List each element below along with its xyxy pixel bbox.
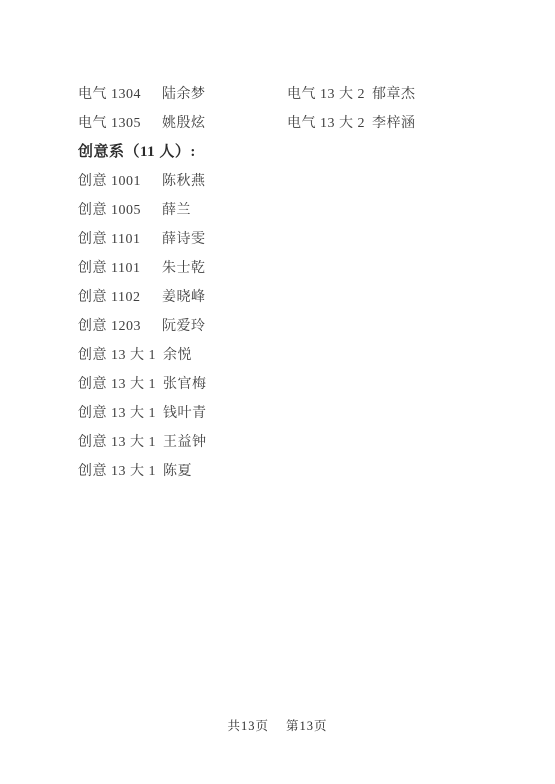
- student-name: 李梓涵: [372, 112, 416, 132]
- roster-row: 创意 13 大 1 张官梅: [78, 368, 518, 397]
- roster-entry: 电气 1305 姚殷炫: [78, 112, 287, 132]
- class-code: 创意 13 大 1: [78, 460, 156, 480]
- class-code: 电气 1305: [78, 112, 162, 132]
- roster-row: 创意 1203 阮爱玲: [78, 310, 518, 339]
- roster-entry: 电气 1304 陆余梦: [78, 83, 287, 103]
- class-code: 创意 1005: [78, 199, 162, 219]
- student-name: 王益钟: [163, 431, 207, 451]
- class-code: 创意 1203: [78, 315, 162, 335]
- roster-row: 创意 1005 薛兰: [78, 194, 518, 223]
- class-code: 创意 13 大 1: [78, 344, 156, 364]
- class-code: 创意 1101: [78, 228, 162, 248]
- roster-row: 创意 1101 薛诗雯: [78, 223, 518, 252]
- roster-row: 创意 13 大 1 余悦: [78, 339, 518, 368]
- class-code: 电气 1304: [78, 83, 162, 103]
- roster-row: 创意 1001 陈秋燕: [78, 165, 518, 194]
- class-code: 创意 13 大 1: [78, 373, 156, 393]
- student-name: 张官梅: [163, 373, 207, 393]
- class-code: 创意 1101: [78, 257, 162, 277]
- footer-current-page: 第13页: [286, 716, 328, 734]
- document-page-content: 电气 1304 陆余梦 电气 13 大 2 郁章杰 电气 1305 姚殷炫 电气…: [78, 78, 518, 484]
- student-name: 朱士乾: [162, 257, 206, 277]
- student-name: 姚殷炫: [162, 112, 206, 132]
- roster-entry: 电气 13 大 2 郁章杰: [287, 83, 416, 103]
- student-name: 陆余梦: [162, 83, 206, 103]
- student-name: 阮爱玲: [162, 315, 206, 335]
- student-name: 薛兰: [162, 199, 191, 219]
- class-code: 创意 1102: [78, 286, 162, 306]
- roster-row: 创意 1102 姜晓峰: [78, 281, 518, 310]
- footer-total-pages: 共13页: [227, 716, 269, 734]
- roster-row: 创意 1101 朱士乾: [78, 252, 518, 281]
- class-code: 创意 1001: [78, 170, 162, 190]
- roster-row: 创意 13 大 1 陈夏: [78, 455, 518, 484]
- roster-entry: 电气 13 大 2 李梓涵: [287, 112, 416, 132]
- class-code: 创意 13 大 1: [78, 431, 156, 451]
- roster-row: 创意 13 大 1 王益钟: [78, 426, 518, 455]
- student-name: 陈秋燕: [162, 170, 206, 190]
- student-name: 薛诗雯: [162, 228, 206, 248]
- student-name: 余悦: [163, 344, 192, 364]
- student-name: 郁章杰: [372, 83, 416, 103]
- student-name: 陈夏: [163, 460, 192, 480]
- student-name: 钱叶青: [163, 402, 207, 422]
- class-code: 电气 13 大 2: [287, 112, 365, 132]
- class-code: 创意 13 大 1: [78, 402, 156, 422]
- roster-row: 电气 1305 姚殷炫 电气 13 大 2 李梓涵: [78, 107, 518, 136]
- class-code: 电气 13 大 2: [287, 83, 365, 103]
- roster-row: 电气 1304 陆余梦 电气 13 大 2 郁章杰: [78, 78, 518, 107]
- section-heading-creative-dept: 创意系（11 人）:: [78, 136, 518, 165]
- roster-row: 创意 13 大 1 钱叶青: [78, 397, 518, 426]
- student-name: 姜晓峰: [162, 286, 206, 306]
- page-footer: 共13页 第13页: [0, 716, 555, 734]
